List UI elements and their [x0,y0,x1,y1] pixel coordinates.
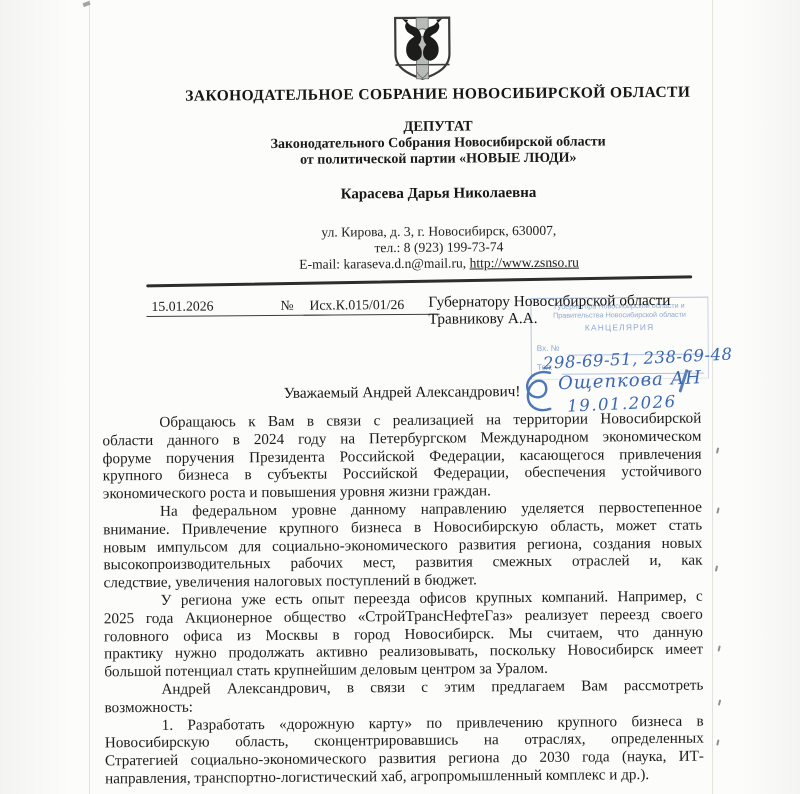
stamp-incoming-label: Вх. № [537,344,560,353]
scan-artifact [716,507,719,513]
letter-date: 15.01.2026 [151,298,213,314]
recipient-block: Губернатору Новосибирской области Травни… [428,293,713,328]
handwritten-signature-icon [520,367,564,415]
letterhead-divider [146,275,692,287]
body-line: направления, транспортно-логистический х… [105,766,704,789]
scan-artifact [716,739,719,745]
scan-artifact [715,565,718,571]
scan-artifact [716,447,719,453]
number-sign: № [280,298,293,314]
recipient-line-2: Травникову А.А. [428,309,713,328]
novosibirsk-oblast-coat-of-arms-icon [390,13,455,84]
deputy-name: Карасева Дарья Николаевна [78,183,798,206]
scanned-letter-page: ЗАКОНОДАТЕЛЬНОЕ СОБРАНИЕ НОВОСИБИРСКОЙ О… [0,0,800,794]
org-title: ЗАКОНОДАТЕЛЬНОЕ СОБРАНИЕ НОВОСИБИРСКОЙ О… [78,83,798,107]
letter-content: ЗАКОНОДАТЕЛЬНОЕ СОБРАНИЕ НОВОСИБИРСКОЙ О… [0,0,800,794]
scan-artifact [718,699,721,705]
body-paragraphs: Обращаюсь к Вам в связи с реализацией на… [102,410,704,788]
email-text: E-mail: karaseva.d.n@mail.ru, [299,255,469,271]
number-underline [303,314,439,316]
scan-artifact [717,645,720,651]
outgoing-number: Исх.К.015/01/26 [309,297,404,314]
website-link: http://www.zsnso.ru [469,255,578,271]
